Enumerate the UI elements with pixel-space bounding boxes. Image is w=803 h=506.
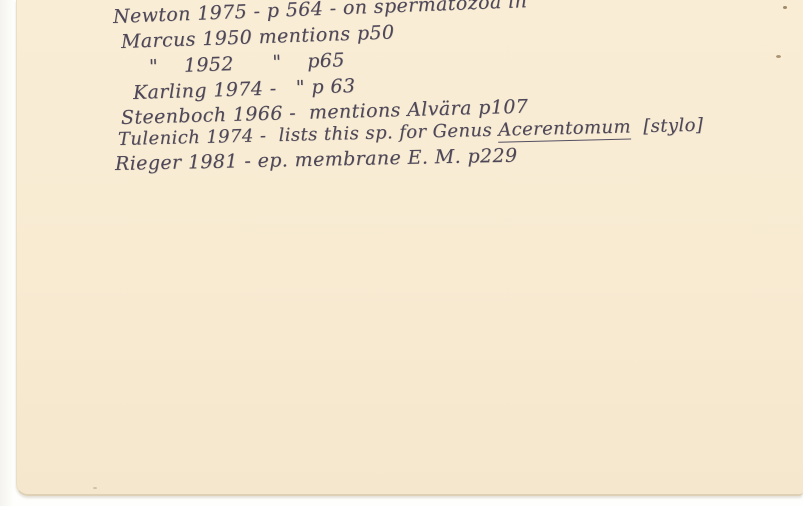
dust-speck — [93, 487, 97, 489]
dust-speck — [783, 6, 787, 9]
dust-speck — [776, 55, 781, 58]
handwritten-line-marcus-1952-ditto: " 1952 " p65 — [149, 49, 346, 78]
handwritten-line-rieger: Rieger 1981 - ep. membrane E. M. p229 — [115, 145, 518, 175]
index-card: Newton 1975 - p 564 - on spermatozoa in … — [16, 0, 803, 496]
handwritten-line-karling: Karling 1974 - " p 63 — [133, 75, 356, 104]
line-tulenich-suffix: [stylo] — [631, 115, 704, 138]
handwritten-line-marcus-1950: Marcus 1950 mentions p50 — [121, 21, 395, 53]
underlined-genus-name: Acerentomum — [498, 116, 631, 142]
scanned-page: Newton 1975 - p 564 - on spermatozoa in … — [0, 0, 803, 506]
